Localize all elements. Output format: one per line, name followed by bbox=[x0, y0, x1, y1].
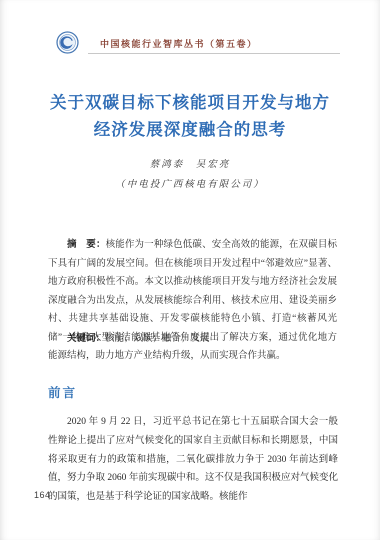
document-page: 中国核能行业智库丛书（第五卷） 关于双碳目标下核能项目开发与地方 经济发展深度融… bbox=[0, 0, 380, 540]
keywords-block: 关键词：核能；双碳；融合；发展 bbox=[48, 330, 337, 349]
header-divider bbox=[88, 53, 340, 54]
body-text-block: 2020 年 9 月 22 日，习近平总书记在第七十五届联合国大会一般性辩论上提… bbox=[48, 413, 338, 507]
article-title-line2: 经济发展深度融合的思考 bbox=[20, 117, 360, 144]
page-number: 164 bbox=[34, 490, 51, 500]
keywords-text: 核能；双碳；融合；发展 bbox=[105, 334, 210, 344]
abstract-label: 摘 要： bbox=[67, 239, 106, 250]
series-title: 中国核能行业智库丛书（第五卷） bbox=[100, 37, 258, 50]
section-heading-foreword: 前言 bbox=[48, 383, 77, 401]
article-title: 关于双碳目标下核能项目开发与地方 经济发展深度融合的思考 bbox=[20, 90, 360, 144]
nuclear-association-logo-icon bbox=[56, 31, 79, 54]
author-names: 蔡鸿泰 吴宏亮 bbox=[20, 156, 360, 170]
body-paragraph: 2020 年 9 月 22 日，习近平总书记在第七十五届联合国大会一般性辩论上提… bbox=[48, 413, 338, 507]
page-header: 中国核能行业智库丛书（第五卷） bbox=[0, 0, 380, 60]
keywords-paragraph: 关键词：核能；双碳；融合；发展 bbox=[48, 330, 337, 349]
article-title-line1: 关于双碳目标下核能项目开发与地方 bbox=[20, 90, 360, 117]
keywords-label: 关键词： bbox=[67, 333, 105, 344]
author-affiliation: （中电投广西核电有限公司） bbox=[20, 176, 360, 190]
